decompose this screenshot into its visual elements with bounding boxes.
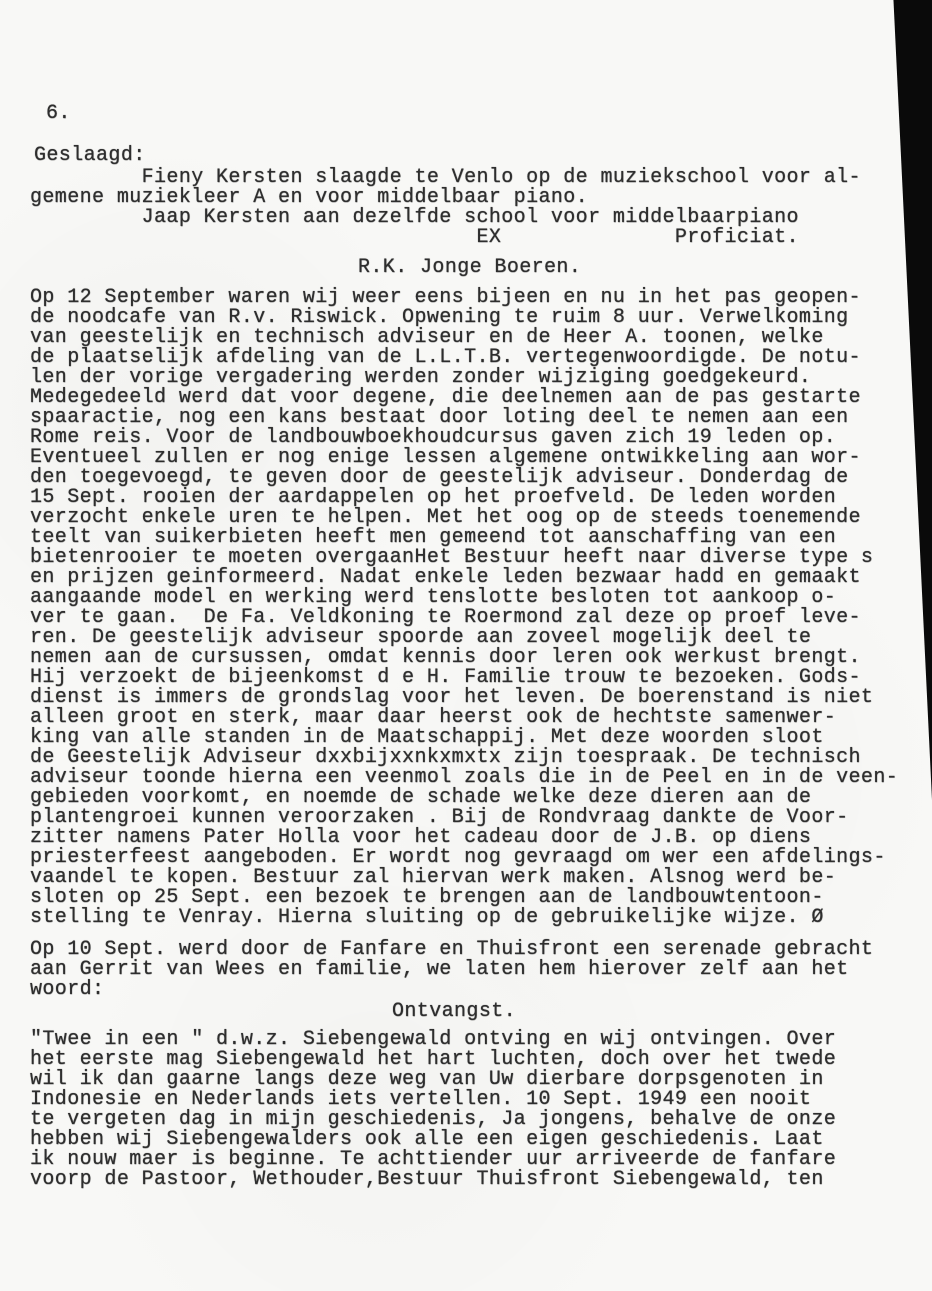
text-line: len der vorige vergadering werden zonder… (30, 368, 898, 388)
geslaagd-section-label: Geslaagd: (34, 146, 146, 166)
scanned-document-page: 6. Geslaagd: Fieny Kersten slaagde te Ve… (0, 0, 932, 1291)
text-line: verzocht enkele uren te helpen. Met het … (30, 508, 898, 528)
text-line: Eventueel zullen er nog enige lessen alg… (30, 448, 898, 468)
text-line: Indonesie en Nederlands iets vertellen. … (30, 1090, 836, 1110)
text-line: alleen groot en sterk, maar daar heerst … (30, 708, 898, 728)
text-line: Hij verzoekt de bijeenkomst d e H. Famil… (30, 668, 898, 688)
text-line: ver te gaan. De Fa. Veldkoning te Roermo… (30, 608, 898, 628)
text-line: EX Proficiat. (30, 228, 861, 248)
text-line: woord: (30, 980, 873, 1000)
text-line: van geestelijk en technisch adviseur en … (30, 328, 898, 348)
text-line: de plaatselijk afdeling van de L.L.T.B. … (30, 348, 898, 368)
text-line: de Geestelijk Adviseur dxxbijxxnkxmxtx z… (30, 748, 898, 768)
text-line: ren. De geestelijk adviseur spoorde aan … (30, 628, 898, 648)
text-line: Op 12 September waren wij weer eens bije… (30, 288, 898, 308)
text-line: te vergeten dag in mijn geschiedenis, Ja… (30, 1110, 836, 1130)
text-line: ik nouw maer is beginne. Te achttiender … (30, 1150, 836, 1170)
text-line: stelling te Venray. Hierna sluiting op d… (30, 908, 898, 928)
text-line: Op 10 Sept. werd door de Fanfare en Thui… (30, 940, 873, 960)
text-line: adviseur toonde hierna een veenmol zoals… (30, 768, 898, 788)
text-line: teelt van suikerbieten heeft men gemeend… (30, 528, 898, 548)
text-line: wil ik dan gaarne langs deze weg van Uw … (30, 1070, 836, 1090)
text-line: den toegevoegd, te geven door de geestel… (30, 468, 898, 488)
text-line: gebieden voorkomt, en noemde de schade w… (30, 788, 898, 808)
text-line: 15 Sept. rooien der aardappelen op het p… (30, 488, 898, 508)
text-line: hebben wij Siebengewalders ook alle een … (30, 1130, 836, 1150)
text-line: de noodcafe van R.v. Riswick. Opwening t… (30, 308, 898, 328)
ontvangst-heading: Ontvangst. (392, 1002, 516, 1022)
text-line: aangaande model en werking werd tenslott… (30, 588, 898, 608)
text-line: bietenrooier te moeten overgaanHet Bestu… (30, 548, 898, 568)
text-line: priesterfeest aangeboden. Er wordt nog g… (30, 848, 898, 868)
jonge-boeren-heading: R.K. Jonge Boeren. (358, 258, 581, 278)
text-line: sloten op 25 Sept. een bezoek te brengen… (30, 888, 898, 908)
text-line: voorp de Pastoor, Wethouder,Bestuur Thui… (30, 1170, 836, 1190)
serenade-paragraph: Op 10 Sept. werd door de Fanfare en Thui… (30, 940, 873, 1000)
text-line: Jaap Kersten aan dezelfde school voor mi… (30, 208, 861, 228)
text-line: "Twee in een " d.w.z. Siebengewald ontvi… (30, 1030, 836, 1050)
text-line: zitter namens Pater Holla voor het cadea… (30, 828, 898, 848)
text-line: en prijzen geinformeerd. Nadat enkele le… (30, 568, 898, 588)
text-line: king van alle standen in de Maatschappij… (30, 728, 898, 748)
text-line: aan Gerrit van Wees en familie, we laten… (30, 960, 873, 980)
ontvangst-body: "Twee in een " d.w.z. Siebengewald ontvi… (30, 1030, 836, 1190)
text-line: dienst is immers de grondslag voor het l… (30, 688, 898, 708)
text-line: het eerste mag Siebengewald het hart luc… (30, 1050, 836, 1070)
text-line: Fieny Kersten slaagde te Venlo op de muz… (30, 168, 861, 188)
page-number: 6. (46, 104, 71, 124)
text-line: plantengroei kunnen veroorzaken . Bij de… (30, 808, 898, 828)
text-line: Medegedeeld werd dat voor degene, die de… (30, 388, 898, 408)
text-line: nemen aan de cursussen, omdat kennis doo… (30, 648, 898, 668)
geslaagd-section-body: Fieny Kersten slaagde te Venlo op de muz… (30, 168, 861, 248)
text-line: Rome reis. Voor de landbouwboekhoudcursu… (30, 428, 898, 448)
text-line: spaaractie, nog een kans bestaat door lo… (30, 408, 898, 428)
jonge-boeren-body: Op 12 September waren wij weer eens bije… (30, 288, 898, 928)
text-line: vaandel te kopen. Bestuur zal hiervan we… (30, 868, 898, 888)
text-line: gemene muziekleer A en voor middelbaar p… (30, 188, 861, 208)
